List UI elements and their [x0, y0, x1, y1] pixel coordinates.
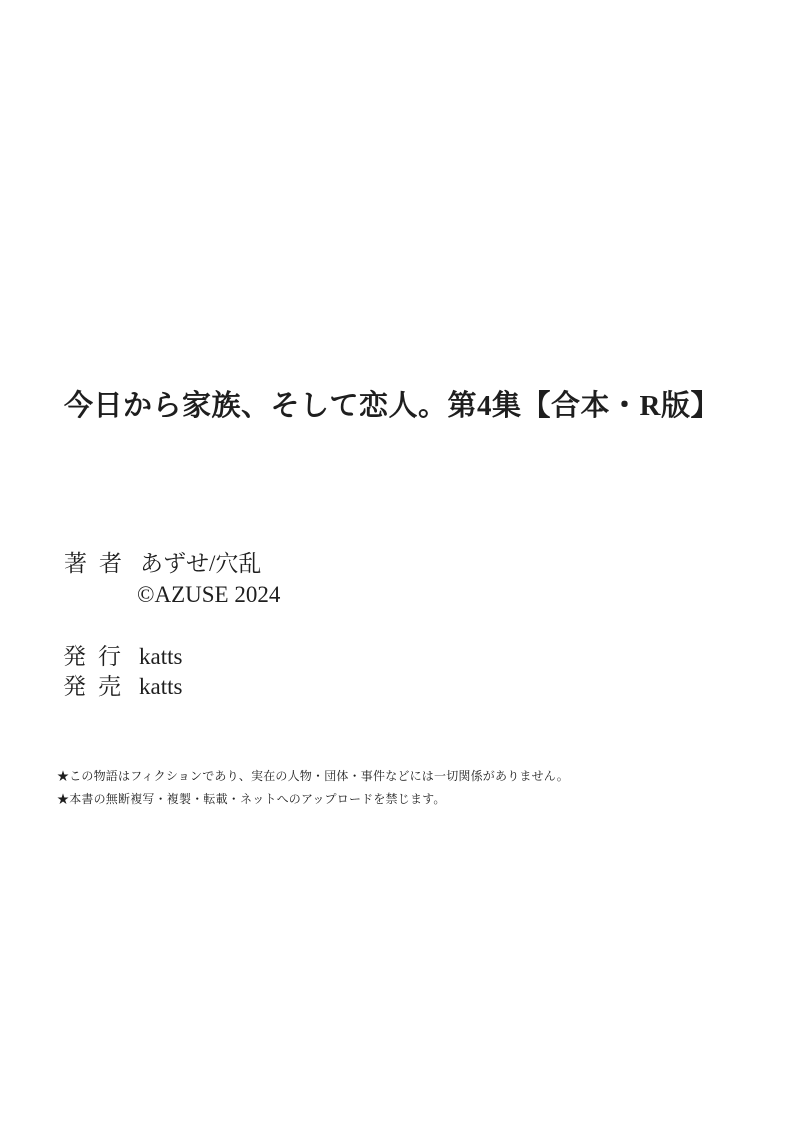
copyright-prohibition-note: ★本書の無断複写・複製・転載・ネットへのアップロードを禁じます。 — [57, 788, 569, 811]
fiction-disclaimer: ★この物語はフィクションであり、実在の人物・団体・事件などには一切関係がありませ… — [57, 765, 569, 788]
distributor-label: 発 売 — [63, 674, 121, 700]
author-label: 著 者 — [64, 551, 122, 577]
publisher-label: 発 行 — [63, 644, 121, 670]
disclaimer-notes: ★この物語はフィクションであり、実在の人物・団体・事件などには一切関係がありませ… — [57, 765, 569, 811]
publisher-row: 発 行 katts — [63, 644, 182, 670]
publisher-label-char-2: 行 — [98, 644, 121, 670]
copyright-notice: ©AZUSE 2024 — [137, 582, 280, 608]
publisher-label-char-1: 発 — [63, 644, 86, 670]
author-row: 著 者 あずせ/穴乱 — [64, 551, 261, 577]
distributor-row: 発 売 katts — [63, 674, 182, 700]
author-label-char-1: 著 — [64, 551, 87, 577]
distributor-name: katts — [139, 674, 182, 700]
author-label-char-2: 者 — [99, 551, 122, 577]
publisher-name: katts — [139, 644, 182, 670]
distributor-label-char-1: 発 — [63, 674, 86, 700]
distributor-label-char-2: 売 — [98, 674, 121, 700]
book-title: 今日から家族、そして恋人。第4集【合本・R版】 — [64, 391, 720, 423]
colophon-page: 今日から家族、そして恋人。第4集【合本・R版】 著 者 あずせ/穴乱 ©AZUS… — [0, 0, 790, 1124]
author-name: あずせ/穴乱 — [140, 551, 261, 577]
